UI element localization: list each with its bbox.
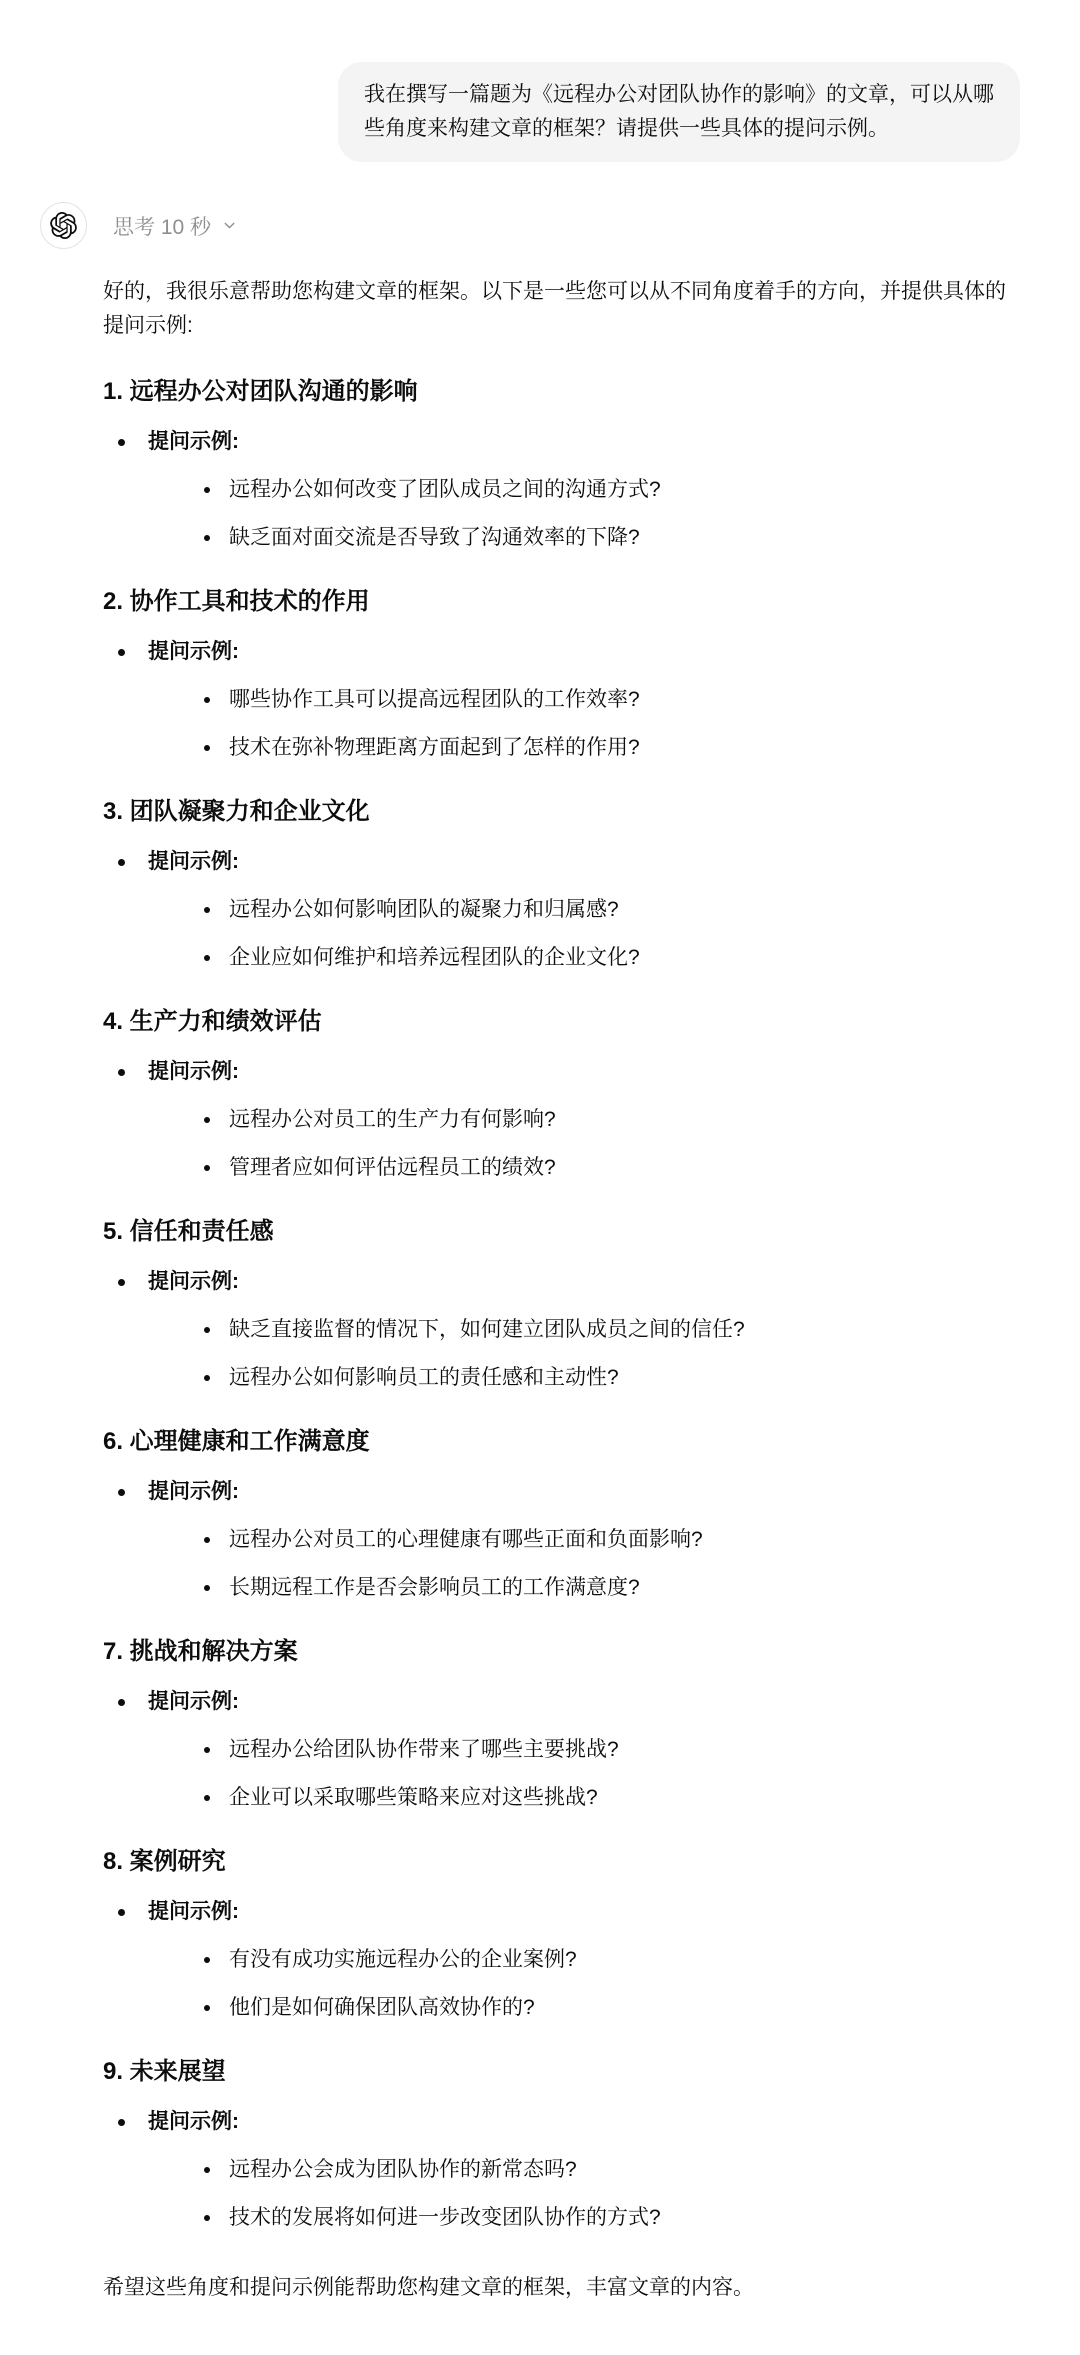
- section-list: 提问示例: 哪些协作工具可以提高远程团队的工作效率?技术在弥补物理距离方面起到了…: [103, 637, 1022, 763]
- section-heading: 5. 信任和责任感: [103, 1217, 1022, 1247]
- section-heading: 9. 未来展望: [103, 2057, 1022, 2087]
- question-item: 远程办公会成为团队协作的新常态吗?: [148, 2155, 1022, 2185]
- question-item: 远程办公如何影响员工的责任感和主动性?: [148, 1363, 1022, 1393]
- question-label-item: 提问示例: 缺乏直接监督的情况下，如何建立团队成员之间的信任?远程办公如何影响员…: [103, 1267, 1022, 1393]
- question-label: 提问示例:: [148, 640, 239, 663]
- section-heading: 8. 案例研究: [103, 1847, 1022, 1877]
- question-label: 提问示例:: [148, 850, 239, 873]
- section-list: 提问示例: 有没有成功实施远程办公的企业案例?他们是如何确保团队高效协作的?: [103, 1897, 1022, 2023]
- question-list: 远程办公对员工的生产力有何影响?管理者应如何评估远程员工的绩效?: [148, 1105, 1022, 1183]
- outro-paragraph: 希望这些角度和提问示例能帮助您构建文章的框架，丰富文章的内容。: [103, 2271, 1022, 2305]
- question-label-item: 提问示例: 远程办公会成为团队协作的新常态吗?技术的发展将如何进一步改变团队协作…: [103, 2107, 1022, 2233]
- question-label-item: 提问示例: 远程办公如何改变了团队成员之间的沟通方式?缺乏面对面交流是否导致了沟…: [103, 427, 1022, 553]
- question-item: 远程办公给团队协作带来了哪些主要挑战?: [148, 1735, 1022, 1765]
- assistant-header: 思考 10 秒: [40, 202, 1080, 249]
- question-item: 缺乏面对面交流是否导致了沟通效率的下降?: [148, 523, 1022, 553]
- question-item: 哪些协作工具可以提高远程团队的工作效率?: [148, 685, 1022, 715]
- framework-section: 8. 案例研究 提问示例: 有没有成功实施远程办公的企业案例?他们是如何确保团队…: [103, 1847, 1022, 2023]
- openai-logo-icon: [50, 212, 77, 239]
- question-label: 提问示例:: [148, 1480, 239, 1503]
- intro-paragraph: 好的，我很乐意帮助您构建文章的框架。以下是一些您可以从不同角度着手的方向，并提供…: [103, 275, 1022, 343]
- question-label: 提问示例:: [148, 1900, 239, 1923]
- section-heading: 7. 挑战和解决方案: [103, 1637, 1022, 1667]
- thinking-toggle[interactable]: 思考 10 秒: [113, 211, 238, 241]
- framework-section: 2. 协作工具和技术的作用 提问示例: 哪些协作工具可以提高远程团队的工作效率?…: [103, 587, 1022, 763]
- framework-section: 4. 生产力和绩效评估 提问示例: 远程办公对员工的生产力有何影响?管理者应如何…: [103, 1007, 1022, 1183]
- chat-conversation: 我在撰写一篇题为《远程办公对团队协作的影响》的文章，可以从哪些角度来构建文章的框…: [0, 0, 1080, 2355]
- framework-section: 9. 未来展望 提问示例: 远程办公会成为团队协作的新常态吗?技术的发展将如何进…: [103, 2057, 1022, 2233]
- question-item: 他们是如何确保团队高效协作的?: [148, 1993, 1022, 2023]
- question-item: 远程办公对员工的生产力有何影响?: [148, 1105, 1022, 1135]
- assistant-avatar: [40, 202, 87, 249]
- section-list: 提问示例: 远程办公如何改变了团队成员之间的沟通方式?缺乏面对面交流是否导致了沟…: [103, 427, 1022, 553]
- question-label: 提问示例:: [148, 1690, 239, 1713]
- question-item: 企业应如何维护和培养远程团队的企业文化?: [148, 943, 1022, 973]
- section-list: 提问示例: 远程办公会成为团队协作的新常态吗?技术的发展将如何进一步改变团队协作…: [103, 2107, 1022, 2233]
- question-list: 缺乏直接监督的情况下，如何建立团队成员之间的信任?远程办公如何影响员工的责任感和…: [148, 1315, 1022, 1393]
- question-item: 技术在弥补物理距离方面起到了怎样的作用?: [148, 733, 1022, 763]
- question-label-item: 提问示例: 远程办公如何影响团队的凝聚力和归属感?企业应如何维护和培养远程团队的…: [103, 847, 1022, 973]
- section-list: 提问示例: 远程办公给团队协作带来了哪些主要挑战?企业可以采取哪些策略来应对这些…: [103, 1687, 1022, 1813]
- question-item: 长期远程工作是否会影响员工的工作满意度?: [148, 1573, 1022, 1603]
- section-heading: 3. 团队凝聚力和企业文化: [103, 797, 1022, 827]
- question-item: 远程办公对员工的心理健康有哪些正面和负面影响?: [148, 1525, 1022, 1555]
- section-list: 提问示例: 远程办公对员工的心理健康有哪些正面和负面影响?长期远程工作是否会影响…: [103, 1477, 1022, 1603]
- framework-section: 5. 信任和责任感 提问示例: 缺乏直接监督的情况下，如何建立团队成员之间的信任…: [103, 1217, 1022, 1393]
- section-list: 提问示例: 远程办公如何影响团队的凝聚力和归属感?企业应如何维护和培养远程团队的…: [103, 847, 1022, 973]
- section-heading: 1. 远程办公对团队沟通的影响: [103, 377, 1022, 407]
- section-heading: 6. 心理健康和工作满意度: [103, 1427, 1022, 1457]
- user-message-bubble: 我在撰写一篇题为《远程办公对团队协作的影响》的文章，可以从哪些角度来构建文章的框…: [338, 62, 1020, 162]
- question-label-item: 提问示例: 远程办公对员工的生产力有何影响?管理者应如何评估远程员工的绩效?: [103, 1057, 1022, 1183]
- question-item: 管理者应如何评估远程员工的绩效?: [148, 1153, 1022, 1183]
- section-list: 提问示例: 缺乏直接监督的情况下，如何建立团队成员之间的信任?远程办公如何影响员…: [103, 1267, 1022, 1393]
- question-list: 有没有成功实施远程办公的企业案例?他们是如何确保团队高效协作的?: [148, 1945, 1022, 2023]
- question-item: 企业可以采取哪些策略来应对这些挑战?: [148, 1783, 1022, 1813]
- question-label-item: 提问示例: 有没有成功实施远程办公的企业案例?他们是如何确保团队高效协作的?: [103, 1897, 1022, 2023]
- user-message-text: 我在撰写一篇题为《远程办公对团队协作的影响》的文章，可以从哪些角度来构建文章的框…: [364, 83, 994, 140]
- thinking-label: 思考 10 秒: [113, 211, 211, 241]
- question-item: 远程办公如何影响团队的凝聚力和归属感?: [148, 895, 1022, 925]
- framework-section: 1. 远程办公对团队沟通的影响 提问示例: 远程办公如何改变了团队成员之间的沟通…: [103, 377, 1022, 553]
- section-heading: 4. 生产力和绩效评估: [103, 1007, 1022, 1037]
- question-list: 远程办公会成为团队协作的新常态吗?技术的发展将如何进一步改变团队协作的方式?: [148, 2155, 1022, 2233]
- question-list: 远程办公如何改变了团队成员之间的沟通方式?缺乏面对面交流是否导致了沟通效率的下降…: [148, 475, 1022, 553]
- chevron-down-icon: [221, 217, 238, 234]
- question-label-item: 提问示例: 远程办公对员工的心理健康有哪些正面和负面影响?长期远程工作是否会影响…: [103, 1477, 1022, 1603]
- section-heading: 2. 协作工具和技术的作用: [103, 587, 1022, 617]
- question-label-item: 提问示例: 远程办公给团队协作带来了哪些主要挑战?企业可以采取哪些策略来应对这些…: [103, 1687, 1022, 1813]
- sections-container: 1. 远程办公对团队沟通的影响 提问示例: 远程办公如何改变了团队成员之间的沟通…: [103, 377, 1022, 2233]
- framework-section: 6. 心理健康和工作满意度 提问示例: 远程办公对员工的心理健康有哪些正面和负面…: [103, 1427, 1022, 1603]
- question-label-item: 提问示例: 哪些协作工具可以提高远程团队的工作效率?技术在弥补物理距离方面起到了…: [103, 637, 1022, 763]
- question-label: 提问示例:: [148, 1060, 239, 1083]
- question-label: 提问示例:: [148, 430, 239, 453]
- question-list: 远程办公给团队协作带来了哪些主要挑战?企业可以采取哪些策略来应对这些挑战?: [148, 1735, 1022, 1813]
- question-item: 有没有成功实施远程办公的企业案例?: [148, 1945, 1022, 1975]
- question-item: 远程办公如何改变了团队成员之间的沟通方式?: [148, 475, 1022, 505]
- question-list: 远程办公对员工的心理健康有哪些正面和负面影响?长期远程工作是否会影响员工的工作满…: [148, 1525, 1022, 1603]
- framework-section: 3. 团队凝聚力和企业文化 提问示例: 远程办公如何影响团队的凝聚力和归属感?企…: [103, 797, 1022, 973]
- user-message-row: 我在撰写一篇题为《远程办公对团队协作的影响》的文章，可以从哪些角度来构建文章的框…: [0, 62, 1080, 162]
- framework-section: 7. 挑战和解决方案 提问示例: 远程办公给团队协作带来了哪些主要挑战?企业可以…: [103, 1637, 1022, 1813]
- question-label: 提问示例:: [148, 2110, 239, 2133]
- question-label: 提问示例:: [148, 1270, 239, 1293]
- question-item: 缺乏直接监督的情况下，如何建立团队成员之间的信任?: [148, 1315, 1022, 1345]
- question-item: 技术的发展将如何进一步改变团队协作的方式?: [148, 2203, 1022, 2233]
- question-list: 哪些协作工具可以提高远程团队的工作效率?技术在弥补物理距离方面起到了怎样的作用?: [148, 685, 1022, 763]
- question-list: 远程办公如何影响团队的凝聚力和归属感?企业应如何维护和培养远程团队的企业文化?: [148, 895, 1022, 973]
- assistant-message: 好的，我很乐意帮助您构建文章的框架。以下是一些您可以从不同角度着手的方向，并提供…: [103, 275, 1022, 2305]
- section-list: 提问示例: 远程办公对员工的生产力有何影响?管理者应如何评估远程员工的绩效?: [103, 1057, 1022, 1183]
